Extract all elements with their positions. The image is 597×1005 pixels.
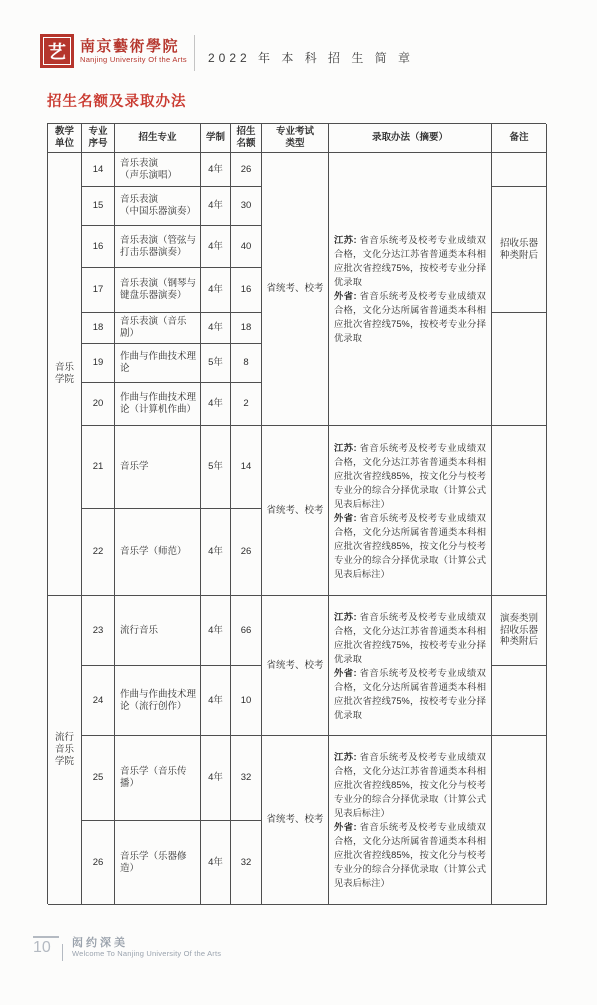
university-motto: 闳约深美 [72, 934, 128, 950]
method-cell-rows-14-20: 江苏: 省音乐统考及校考专业成绩双合格，文化分达江苏省普通类本科相应批次省控线7… [329, 153, 492, 426]
major-no: 26 [82, 821, 115, 905]
remark-cell-empty [492, 736, 547, 905]
col-header-exam-type: 专业考试 类型 [262, 124, 329, 153]
major-name: 流行音乐 [115, 596, 201, 666]
method-other: 外省: 省音乐统考及校考专业成绩双合格，文化分达所属省普通类本科相应批次省控线7… [334, 666, 486, 722]
exam-type-rows-25-26: 省统考、校考 [262, 736, 329, 905]
exam-type-rows-21-22: 省统考、校考 [262, 426, 329, 596]
method-jiangsu-label: 江苏: [334, 752, 357, 762]
method-other: 外省: 省音乐统考及校考专业成绩双合格，文化分达所属省普通类本科相应批次省控线8… [334, 511, 486, 581]
major-name: 音乐表演（管弦与 打击乐器演奏） [115, 226, 201, 268]
exam-type-rows-23-24: 省统考、校考 [262, 596, 329, 736]
section-title: 招生名额及录取办法 [47, 90, 187, 111]
major-no: 20 [82, 383, 115, 426]
major-no: 24 [82, 666, 115, 736]
major-name: 音乐表演（音乐剧） [115, 313, 201, 344]
duration: 4年 [201, 268, 231, 313]
col-header-remarks: 备注 [492, 124, 547, 153]
remark-instruments: 招收乐器 种类附后 [492, 187, 547, 313]
document-page: 艺 南京藝術學院 Nanjing University Of the Arts … [0, 0, 597, 1005]
col-header-quota: 招生 名额 [231, 124, 262, 153]
method-other-label: 外省: [334, 513, 357, 523]
method-jiangsu-label: 江苏: [334, 612, 357, 622]
col-header-major: 招生专业 [115, 124, 201, 153]
remark-cell-empty [492, 313, 547, 426]
method-other-label: 外省: [334, 668, 357, 678]
duration: 4年 [201, 596, 231, 666]
major-no: 19 [82, 344, 115, 383]
footer-divider [62, 944, 63, 961]
remark-cell-empty [492, 426, 547, 596]
quota: 30 [231, 187, 262, 226]
major-no: 23 [82, 596, 115, 666]
duration: 4年 [201, 736, 231, 821]
col-header-major-no: 专业 序号 [82, 124, 115, 153]
quota: 10 [231, 666, 262, 736]
method-jiangsu-label: 江苏: [334, 443, 357, 453]
exam-type-rows-14-20: 省统考、校考 [262, 153, 329, 426]
quota: 26 [231, 153, 262, 187]
header-divider [194, 35, 195, 71]
duration: 4年 [201, 383, 231, 426]
major-name: 音乐表演 （声乐演唱） [115, 153, 201, 187]
method-other: 外省: 省音乐统考及校考专业成绩双合格，文化分达所属省普通类本科相应批次省控线7… [334, 289, 486, 345]
university-name-cn: 南京藝術學院 [80, 35, 179, 56]
major-name: 作曲与作曲技术理 论（计算机作曲） [115, 383, 201, 426]
major-name: 音乐学（师范） [115, 509, 201, 596]
university-seal-logo: 艺 [40, 34, 74, 68]
major-name: 音乐表演 （中国乐器演奏） [115, 187, 201, 226]
quota: 8 [231, 344, 262, 383]
quota: 14 [231, 426, 262, 509]
brochure-banner: 2022 年 本 科 招 生 简 章 [208, 49, 414, 66]
quota: 40 [231, 226, 262, 268]
col-header-department: 教学 单位 [48, 124, 82, 153]
page-number: 10 [33, 936, 59, 957]
duration: 4年 [201, 666, 231, 736]
remark-cell-empty [492, 153, 547, 187]
remark-performance: 演奏类别 招收乐器 种类附后 [492, 596, 547, 666]
major-no: 17 [82, 268, 115, 313]
method-other-label: 外省: [334, 291, 357, 301]
method-jiangsu: 江苏: 省音乐统考及校考专业成绩双合格，文化分达江苏省普通类本科相应批次省控线8… [334, 441, 486, 511]
quota: 32 [231, 736, 262, 821]
quota: 16 [231, 268, 262, 313]
duration: 5年 [201, 426, 231, 509]
major-no: 15 [82, 187, 115, 226]
major-name: 音乐学（乐器修造） [115, 821, 201, 905]
duration: 4年 [201, 313, 231, 344]
department-pop-music-school: 流行 音乐 学院 [48, 596, 82, 905]
major-no: 25 [82, 736, 115, 821]
major-name: 作曲与作曲技术理 论（流行创作） [115, 666, 201, 736]
major-no: 14 [82, 153, 115, 187]
quota: 32 [231, 821, 262, 905]
duration: 4年 [201, 187, 231, 226]
university-name-en: Nanjing University Of the Arts [80, 55, 187, 64]
method-cell-rows-21-22: 江苏: 省音乐统考及校考专业成绩双合格，文化分达江苏省普通类本科相应批次省控线8… [329, 426, 492, 596]
quota: 66 [231, 596, 262, 666]
major-no: 18 [82, 313, 115, 344]
duration: 4年 [201, 226, 231, 268]
method-jiangsu: 江苏: 省音乐统考及校考专业成绩双合格，文化分达江苏省普通类本科相应批次省控线7… [334, 233, 486, 289]
major-name: 作曲与作曲技术理 论 [115, 344, 201, 383]
major-name: 音乐学 [115, 426, 201, 509]
method-other: 外省: 省音乐统考及校考专业成绩双合格，文化分达所属省普通类本科相应批次省控线8… [334, 820, 486, 890]
major-no: 22 [82, 509, 115, 596]
method-cell-rows-23-24: 江苏: 省音乐统考及校考专业成绩双合格，文化分达江苏省普通类本科相应批次省控线7… [329, 596, 492, 736]
method-jiangsu-label: 江苏: [334, 235, 357, 245]
col-header-method: 录取办法（摘要） [329, 124, 492, 153]
remark-cell-empty [492, 666, 547, 736]
major-name: 音乐学（音乐传播） [115, 736, 201, 821]
method-jiangsu: 江苏: 省音乐统考及校考专业成绩双合格，文化分达江苏省普通类本科相应批次省控线7… [334, 610, 486, 666]
duration: 5年 [201, 344, 231, 383]
method-jiangsu: 江苏: 省音乐统考及校考专业成绩双合格，文化分达江苏省普通类本科相应批次省控线8… [334, 750, 486, 820]
department-music-school: 音乐 学院 [48, 153, 82, 596]
duration: 4年 [201, 153, 231, 187]
major-no: 21 [82, 426, 115, 509]
major-name: 音乐表演（钢琴与 键盘乐器演奏） [115, 268, 201, 313]
admissions-table: 教学 单位 专业 序号 招生专业 学制 招生 名额 专业考试 类型 录取办法（摘… [47, 123, 546, 904]
duration: 4年 [201, 821, 231, 905]
method-other-label: 外省: [334, 822, 357, 832]
footer-welcome-text: Welcome To Nanjing University Of the Art… [72, 949, 221, 958]
major-no: 16 [82, 226, 115, 268]
quota: 2 [231, 383, 262, 426]
seal-glyph: 艺 [43, 37, 71, 65]
col-header-duration: 学制 [201, 124, 231, 153]
duration: 4年 [201, 509, 231, 596]
quota: 26 [231, 509, 262, 596]
method-cell-rows-25-26: 江苏: 省音乐统考及校考专业成绩双合格，文化分达江苏省普通类本科相应批次省控线8… [329, 736, 492, 905]
quota: 18 [231, 313, 262, 344]
